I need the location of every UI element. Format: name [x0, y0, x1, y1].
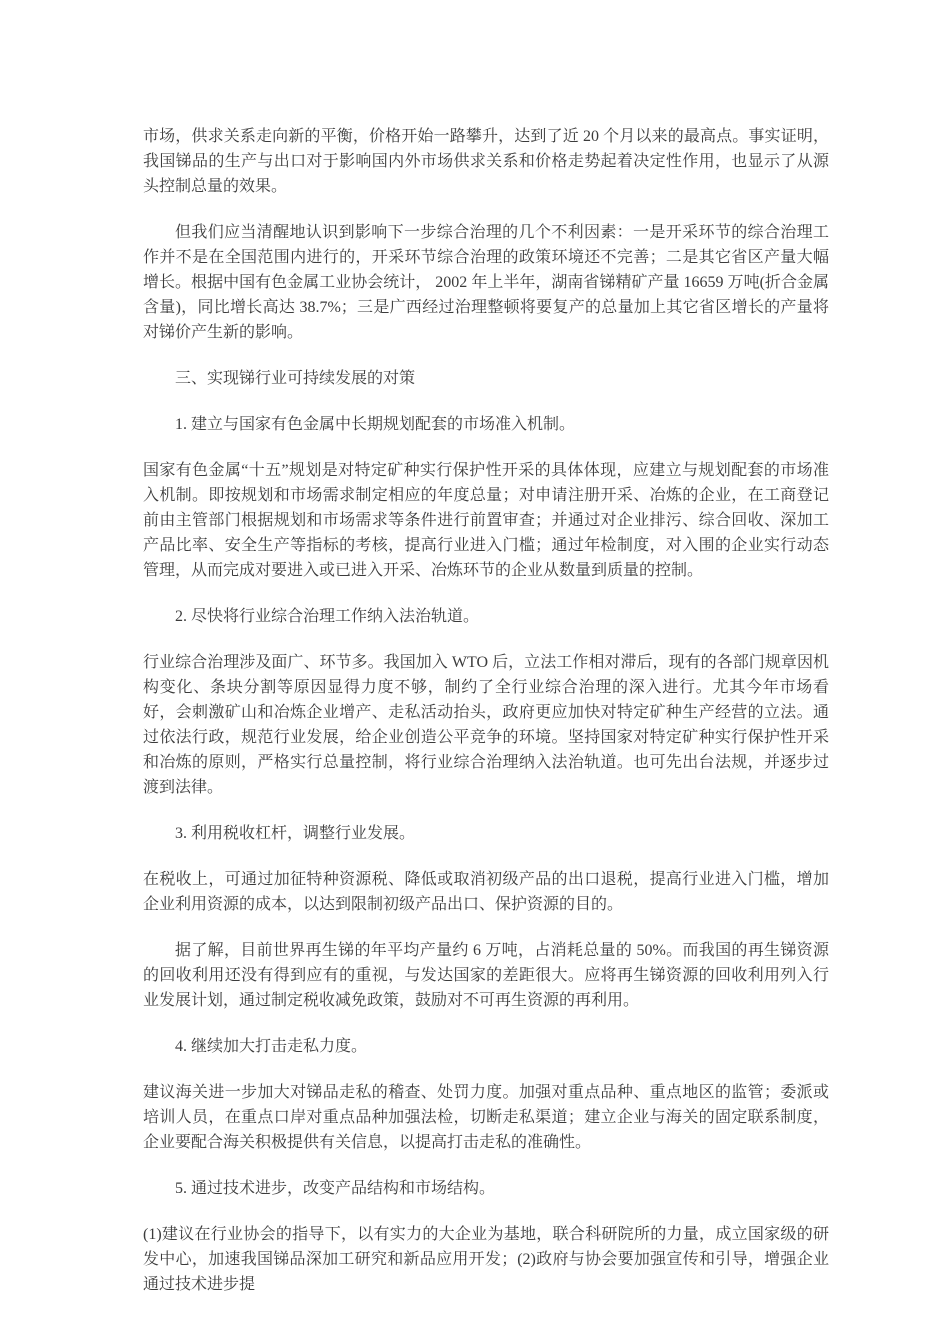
body-paragraph: 在税收上，可通过加征特种资源税、降低或取消初级产品的出口退税，提高行业进入门槛，… — [143, 867, 829, 917]
numbered-heading: 3. 利用税收杠杆，调整行业发展。 — [143, 821, 829, 846]
numbered-heading: 2. 尽快将行业综合治理工作纳入法治轨道。 — [143, 604, 829, 629]
section-heading: 三、实现锑行业可持续发展的对策 — [143, 366, 829, 391]
body-paragraph: 国家有色金属“十五”规划是对特定矿种实行保护性开采的具体体现，应建立与规划配套的… — [143, 458, 829, 583]
document-page: 市场，供求关系走向新的平衡，价格开始一路攀升，达到了近 20 个月以来的最高点。… — [0, 0, 950, 1344]
body-paragraph: 行业综合治理涉及面广、环节多。我国加入 WTO 后，立法工作相对滞后，现有的各部… — [143, 650, 829, 800]
body-paragraph: 据了解，目前世界再生锑的年平均产量约 6 万吨，占消耗总量的 50%。而我国的再… — [143, 938, 829, 1013]
body-paragraph: 建议海关进一步加大对锑品走私的稽查、处罚力度。加强对重点品种、重点地区的监管；委… — [143, 1080, 829, 1155]
body-paragraph: 市场，供求关系走向新的平衡，价格开始一路攀升，达到了近 20 个月以来的最高点。… — [143, 124, 829, 199]
body-paragraph: (1)建议在行业协会的指导下，以有实力的大企业为基地，联合科研院所的力量，成立国… — [143, 1222, 829, 1297]
numbered-heading: 1. 建立与国家有色金属中长期规划配套的市场准入机制。 — [143, 412, 829, 437]
document-body: 市场，供求关系走向新的平衡，价格开始一路攀升，达到了近 20 个月以来的最高点。… — [143, 124, 829, 1318]
body-paragraph: 但我们应当清醒地认识到影响下一步综合治理的几个不利因素：一是开采环节的综合治理工… — [143, 220, 829, 345]
numbered-heading: 5. 通过技术进步，改变产品结构和市场结构。 — [143, 1176, 829, 1201]
numbered-heading: 4. 继续加大打击走私力度。 — [143, 1034, 829, 1059]
